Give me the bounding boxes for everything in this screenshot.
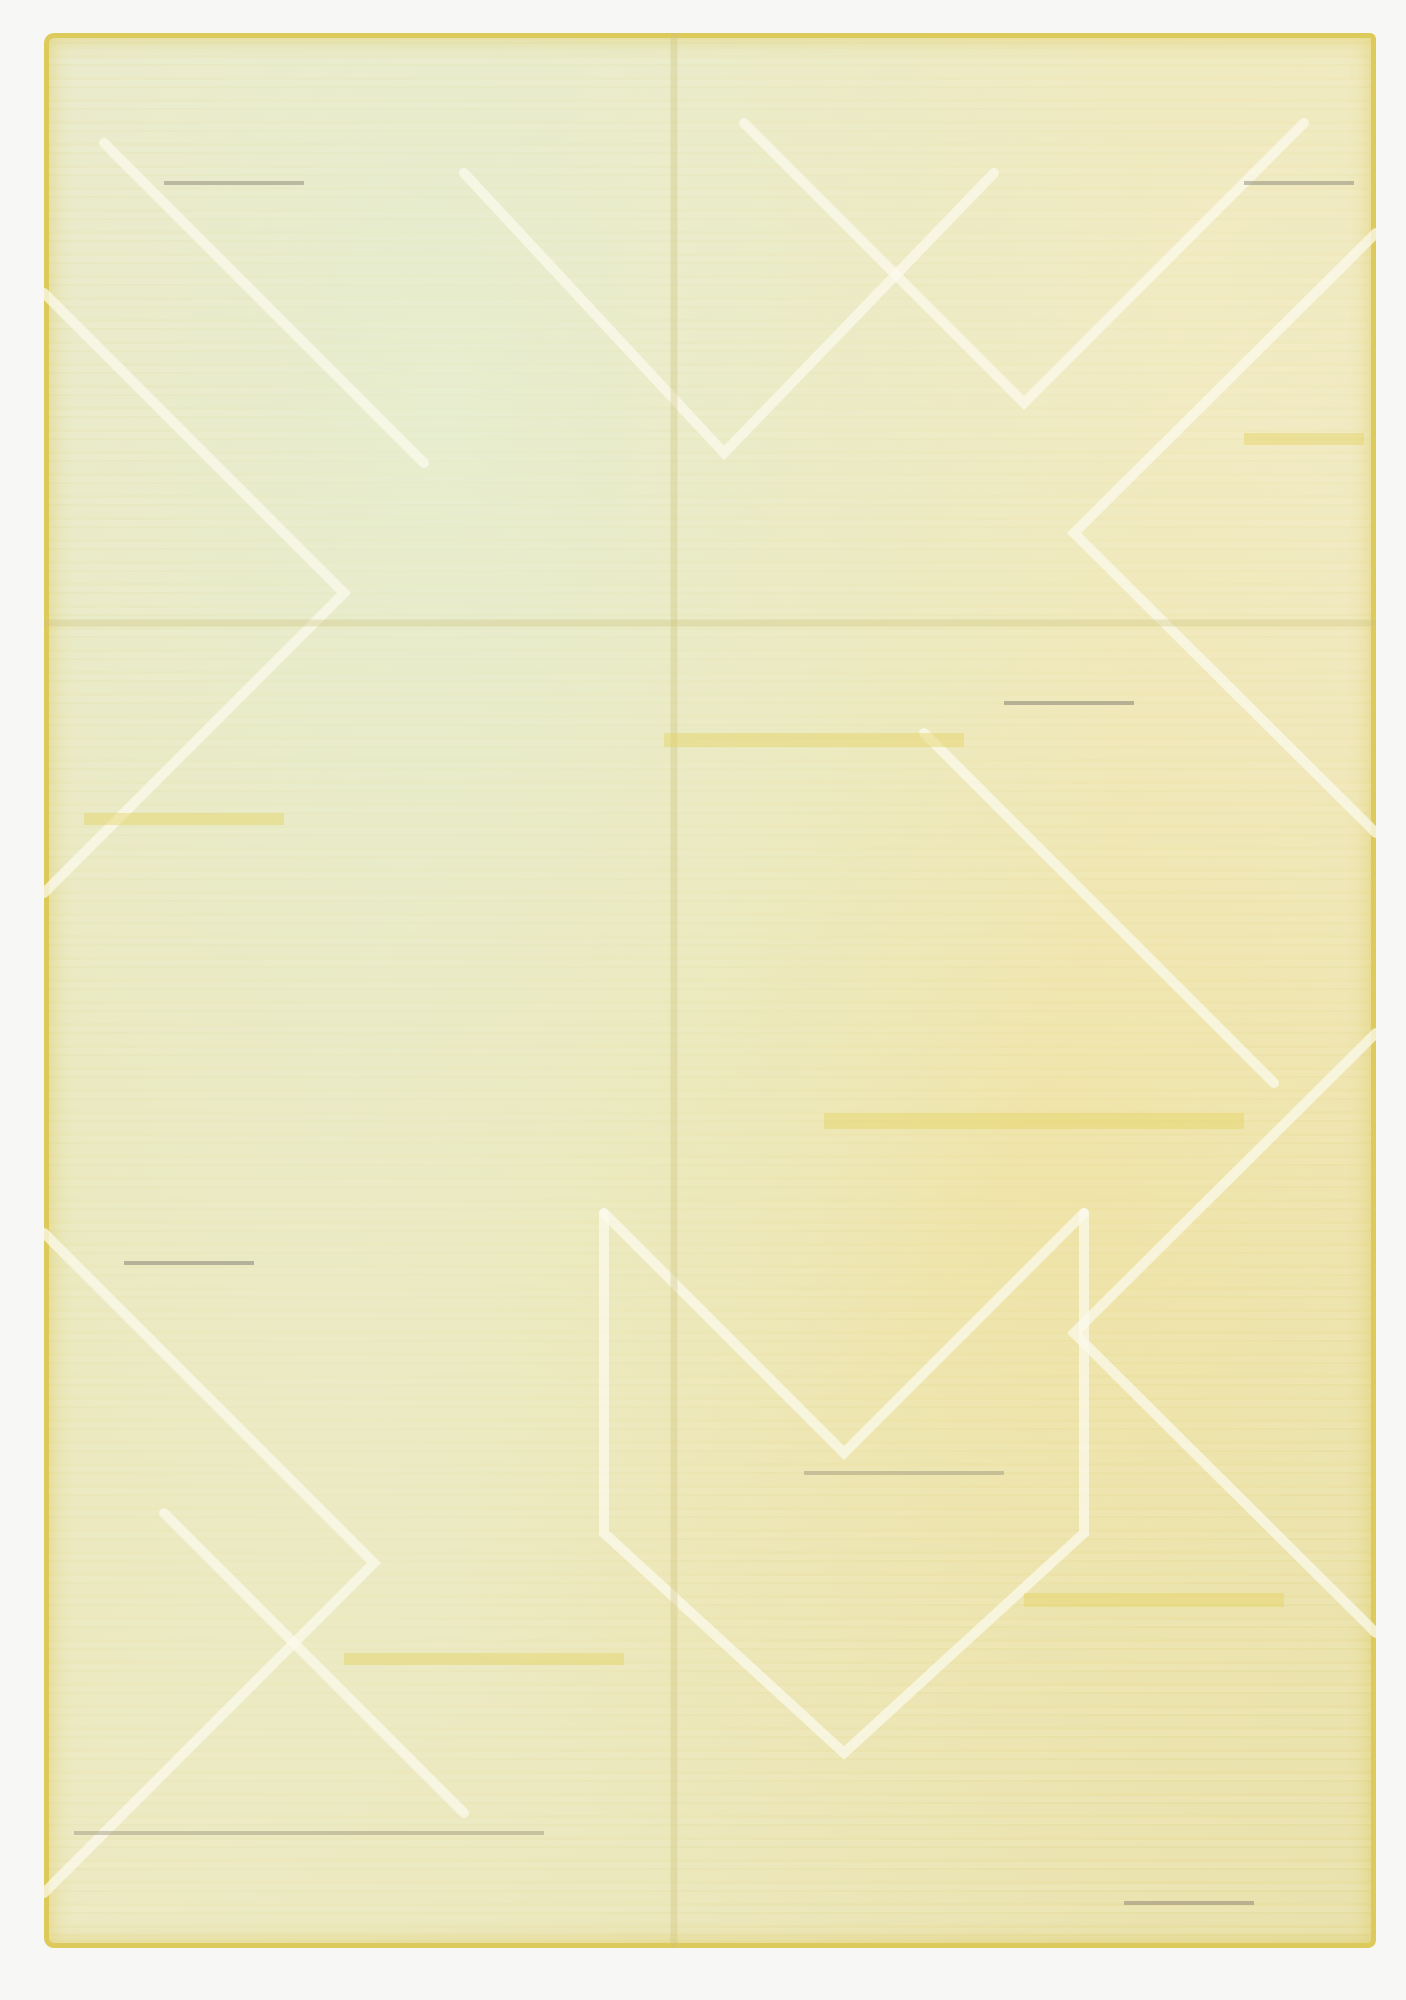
rug-pattern bbox=[44, 33, 1376, 1948]
rug-photo bbox=[44, 33, 1376, 1948]
